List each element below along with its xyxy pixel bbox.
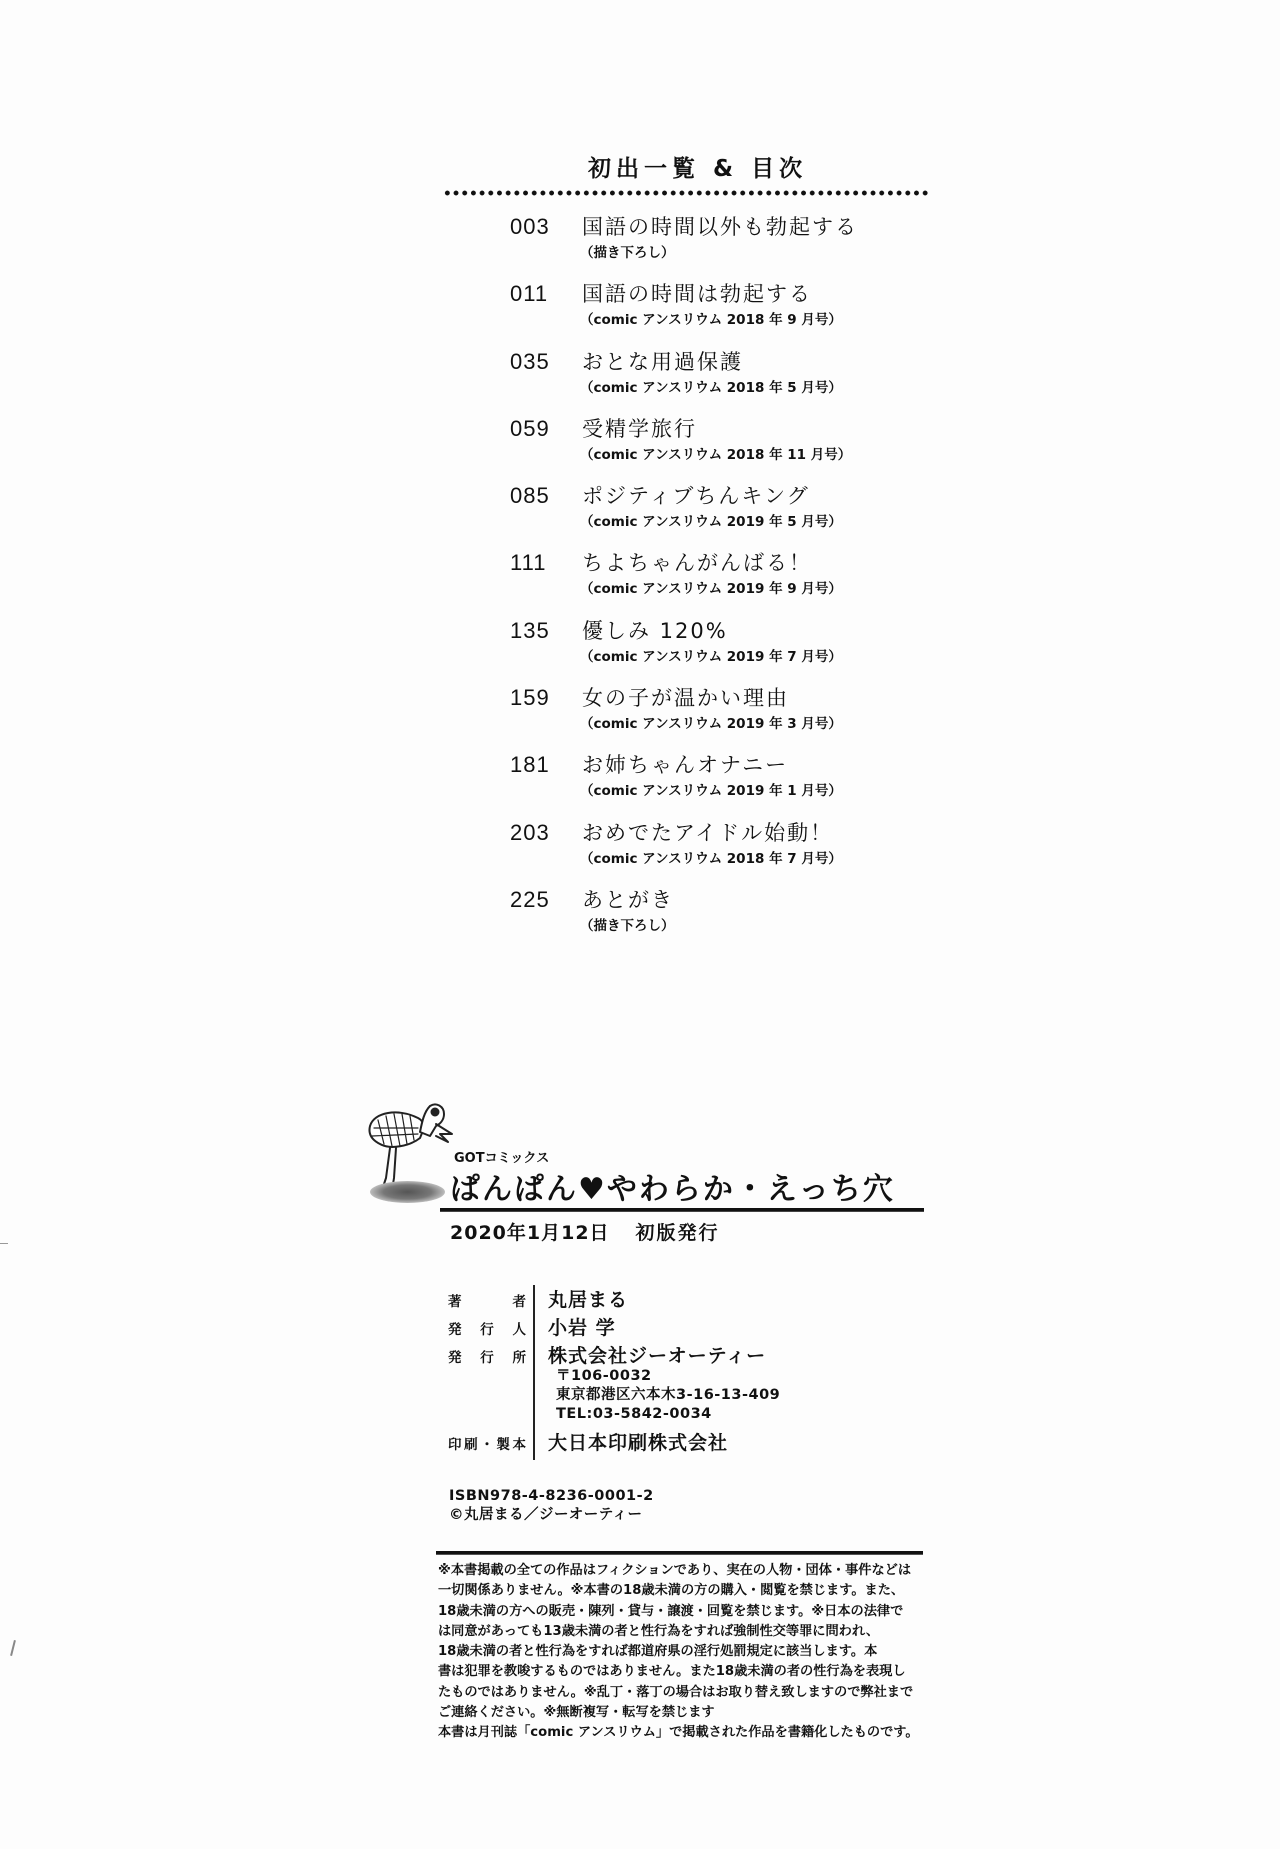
- credit-value: 大日本印刷株式会社: [548, 1428, 728, 1455]
- toc-page-number: 111: [510, 549, 580, 577]
- credit-row-author: 著 者 丸居まる: [448, 1285, 868, 1313]
- toc-story-title: 国語の時間は勃起する: [582, 280, 812, 308]
- toc-source: （comic アンスリウム 2018 年 9 月号）: [580, 311, 842, 329]
- notice-line: 一切関係ありません。※本書の18歳未満の方の購入・閲覧を禁じます。また、: [438, 1581, 928, 1601]
- isbn: ISBN978-4-8236-0001-2: [449, 1487, 654, 1506]
- scan-mark: [0, 1243, 8, 1244]
- toc-entry: 203 おめでたアイドル始動！ （comic アンスリウム 2018 年 7 月…: [510, 819, 930, 886]
- toc-story-title: おとな用過保護: [582, 348, 743, 376]
- notice-line: ※本書掲載の全ての作品はフィクションであり、実在の人物・団体・事件などは: [438, 1561, 928, 1581]
- postal-code: 〒106-0032: [556, 1367, 976, 1386]
- toc-source: （comic アンスリウム 2019 年 1 月号）: [580, 782, 842, 800]
- toc-source: （comic アンスリウム 2019 年 9 月号）: [580, 580, 842, 598]
- toc-source: （comic アンスリウム 2018 年 11 月号）: [580, 446, 851, 464]
- release-info: 2020年1月12日初版発行: [450, 1218, 720, 1245]
- toc-source: （描き下ろし）: [580, 917, 675, 935]
- toc-page-number: 135: [510, 617, 580, 645]
- release-date: 2020年1月12日: [450, 1222, 610, 1244]
- toc-story-title: 女の子が温かい理由: [582, 684, 789, 712]
- toc-story-title: お姉ちゃんオナニー: [582, 751, 788, 779]
- credit-label: 発行所: [448, 1346, 526, 1366]
- notice-line: たものではありません。※乱丁・落丁の場合はお取り替え致しますので弊社まで: [438, 1683, 928, 1703]
- toc-story-title: ポジティブちんキング: [582, 482, 810, 510]
- toc-page-number: 085: [510, 482, 580, 510]
- toc-source: （comic アンスリウム 2019 年 5 月号）: [580, 513, 842, 531]
- toc-page-number: 181: [510, 751, 580, 779]
- credit-value: 株式会社ジーオーティー: [548, 1341, 766, 1368]
- edition-label: 初版発行: [636, 1222, 720, 1244]
- notice-line: 書は犯罪を教唆するものではありません。また18歳未満の者の性行為を表現し: [438, 1662, 928, 1682]
- notice-line: 18歳未満の方への販売・陳列・貸与・譲渡・回覧を禁じます。※日本の法律で: [438, 1602, 928, 1622]
- credit-value: 丸居まる: [548, 1285, 628, 1312]
- toc-source: （comic アンスリウム 2019 年 7 月号）: [580, 648, 842, 666]
- toc-entry: 059 受精学旅行 （comic アンスリウム 2018 年 11 月号）: [510, 415, 930, 482]
- toc-entry: 135 優しみ 120% （comic アンスリウム 2019 年 7 月号）: [510, 617, 930, 684]
- credit-label: 発行人: [448, 1318, 526, 1338]
- notice-line: は同意があっても13歳未満の者と性行為をすれば強制性交等罪に問われ、: [438, 1622, 928, 1642]
- credit-label: 著 者: [448, 1290, 526, 1310]
- toc-page-number: 003: [510, 213, 580, 241]
- toc-heading: 初出一覧 & 目次: [588, 150, 807, 183]
- toc-entry: 003 国語の時間以外も勃起する （描き下ろし）: [510, 213, 930, 280]
- notice-line: ご連絡ください。※無断複写・転写を禁じます: [438, 1703, 928, 1723]
- credits-table: 著 者 丸居まる 発行人 小岩 学 発行所 株式会社ジーオーティー 〒106-0…: [448, 1285, 868, 1456]
- toc-page-number: 059: [510, 415, 580, 443]
- street-address: 東京都港区六本木3-16-13-409: [556, 1386, 976, 1405]
- toc-page-number: 225: [510, 886, 580, 914]
- toc-page-number: 203: [510, 819, 580, 847]
- credit-row-publisher: 発行所 株式会社ジーオーティー: [448, 1341, 868, 1369]
- toc-story-title: あとがき: [582, 886, 674, 914]
- dotted-divider: [443, 190, 931, 196]
- toc-page-number: 011: [510, 280, 580, 308]
- copyright: ©丸居まる／ジーオーティー: [449, 1506, 654, 1525]
- credit-row-printer: 印刷・製本 大日本印刷株式会社: [448, 1428, 868, 1456]
- toc-story-title: 優しみ 120%: [582, 617, 728, 645]
- phone-number: TEL:03-5842-0034: [556, 1405, 976, 1424]
- notice-divider: [436, 1551, 923, 1555]
- book-title: ぱんぱん♥やわらか・えっち穴: [450, 1164, 895, 1208]
- toc-entry: 159 女の子が温かい理由 （comic アンスリウム 2019 年 3 月号）: [510, 684, 930, 751]
- isbn-block: ISBN978-4-8236-0001-2 ©丸居まる／ジーオーティー: [449, 1487, 654, 1525]
- credit-value: 小岩 学: [548, 1313, 616, 1340]
- toc-entry: 225 あとがき （描き下ろし）: [510, 886, 930, 953]
- toc-story-title: 受精学旅行: [582, 415, 697, 443]
- toc-page-number: 035: [510, 348, 580, 376]
- toc-entry: 181 お姉ちゃんオナニー （comic アンスリウム 2019 年 1 月号）: [510, 751, 930, 818]
- toc-entry: 011 国語の時間は勃起する （comic アンスリウム 2018 年 9 月号…: [510, 280, 930, 347]
- toc-source: （描き下ろし）: [580, 244, 675, 262]
- scan-mark: [10, 1640, 16, 1656]
- toc-page-number: 159: [510, 684, 580, 712]
- legal-notice: ※本書掲載の全ての作品はフィクションであり、実在の人物・団体・事件などは 一切関…: [438, 1561, 928, 1744]
- notice-line: 本書は月刊誌「comic アンスリウム」で掲載された作品を書籍化したものです。: [438, 1723, 928, 1743]
- toc-source: （comic アンスリウム 2018 年 5 月号）: [580, 379, 842, 397]
- credit-row-publisher-person: 発行人 小岩 学: [448, 1313, 868, 1341]
- toc-entry: 085 ポジティブちんキング （comic アンスリウム 2019 年 5 月号…: [510, 482, 930, 549]
- toc-list: 003 国語の時間以外も勃起する （描き下ろし） 011 国語の時間は勃起する …: [510, 213, 930, 953]
- toc-source: （comic アンスリウム 2018 年 7 月号）: [580, 850, 842, 868]
- bird-shadow: [370, 1181, 445, 1203]
- publisher-address: 〒106-0032 東京都港区六本木3-16-13-409 TEL:03-584…: [556, 1367, 976, 1424]
- title-divider: [440, 1208, 924, 1212]
- toc-story-title: ちよちゃんがんばる！: [582, 549, 812, 577]
- toc-entry: 035 おとな用過保護 （comic アンスリウム 2018 年 5 月号）: [510, 348, 930, 415]
- toc-story-title: おめでたアイドル始動！: [582, 819, 833, 847]
- toc-source: （comic アンスリウム 2019 年 3 月号）: [580, 715, 842, 733]
- credit-label: 印刷・製本: [448, 1433, 526, 1453]
- notice-line: 18歳未満の者と性行為をすれば都道府県の淫行処罰規定に該当します。本: [438, 1642, 928, 1662]
- toc-entry: 111 ちよちゃんがんばる！ （comic アンスリウム 2019 年 9 月号…: [510, 549, 930, 616]
- toc-story-title: 国語の時間以外も勃起する: [582, 213, 858, 241]
